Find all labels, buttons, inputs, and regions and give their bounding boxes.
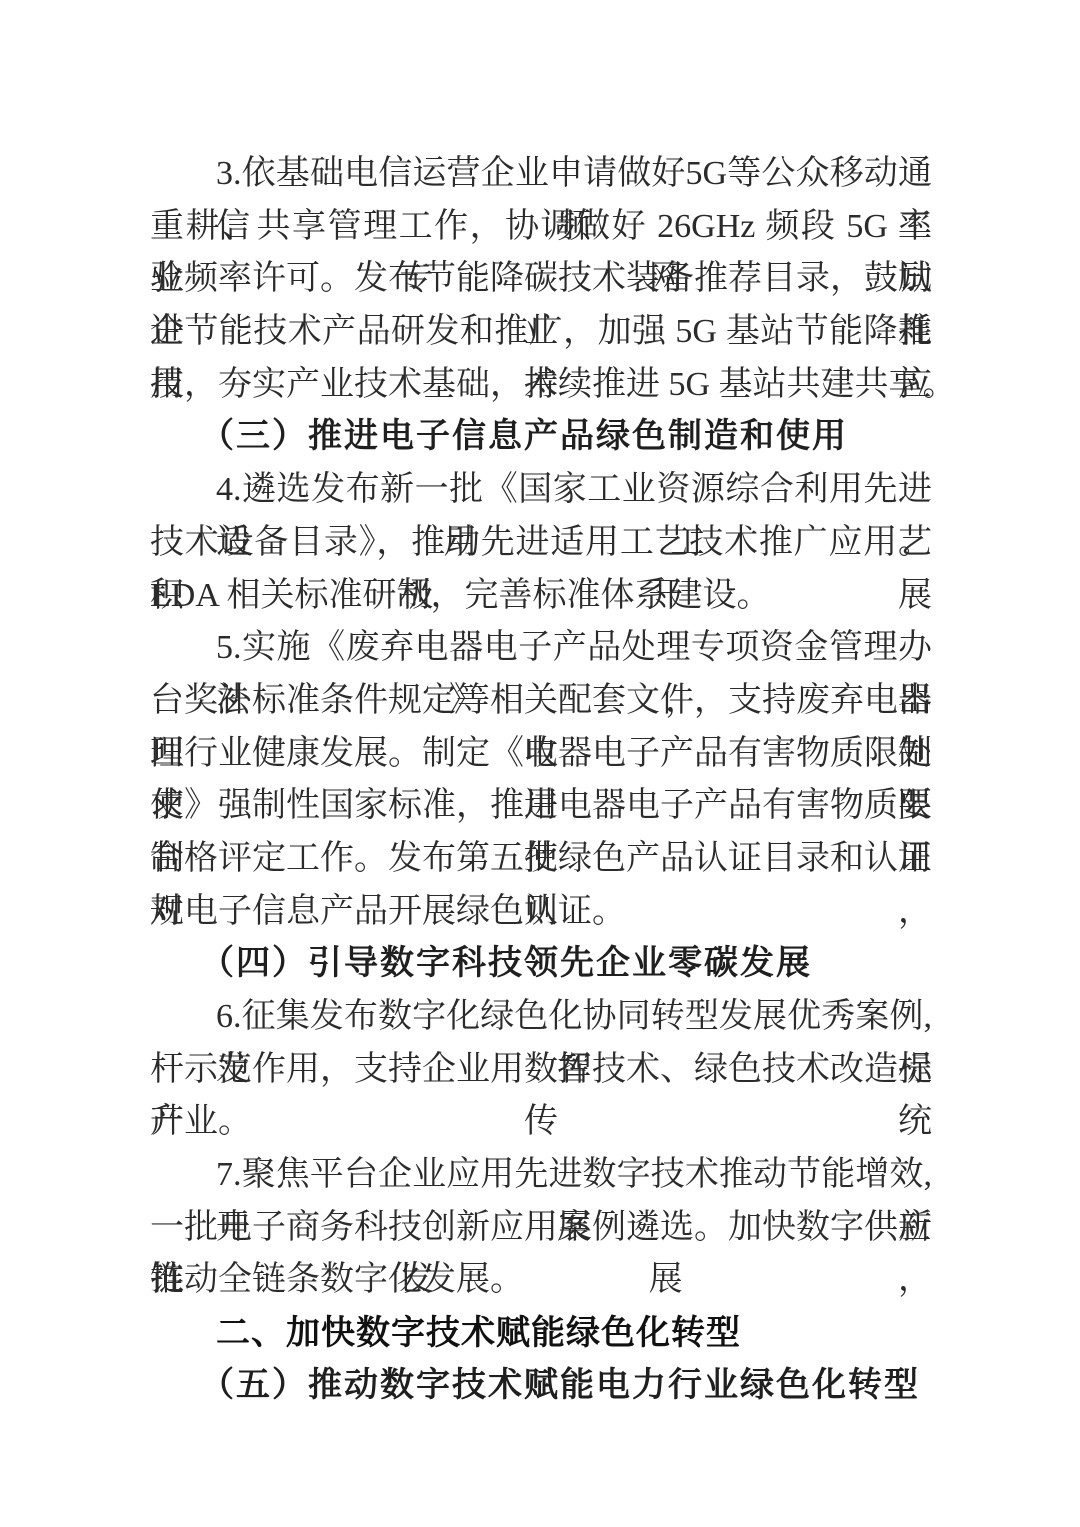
paragraph-line: 6.征集发布数字化绿色化协同转型发展优秀案例,发挥标 <box>150 991 932 1044</box>
paragraph-line: 用，夯实产业技术基础，持续推进 5G 基站共建共享。 <box>150 359 932 412</box>
paragraph-line: 7.聚焦平台企业应用先进数字技术推动节能增效,开展新 <box>150 1149 932 1202</box>
paragraph-line: 4.遴选发布新一批《国家工业资源综合利用先进适用工艺 <box>150 464 932 517</box>
paragraph-line: 杆示范作用，支持企业用数智技术、绿色技术改造提升传统 <box>150 1044 932 1097</box>
section-heading: （三）推进电子信息产品绿色制造和使用 <box>150 411 932 464</box>
chapter-heading: 二、加快数字技术赋能绿色化转型 <box>150 1307 932 1360</box>
paragraph-line: 验频率许可。发布节能降碳技术装备推荐目录，鼓励企业推 <box>150 253 932 306</box>
document-page: 3.依基础电信运营企业申请做好5G等公众移动通信频率 重耕、共享管理工作，协调做… <box>0 0 1080 1527</box>
document-body: 3.依基础电信运营企业申请做好5G等公众移动通信频率 重耕、共享管理工作，协调做… <box>150 148 932 1413</box>
paragraph-line: 求》强制性国家标准，推进电器电子产品有害物质限制使用 <box>150 780 932 833</box>
paragraph-line: 台奖补标准条件规定等相关配套文件，支持废弃电器回收处 <box>150 675 932 728</box>
paragraph-line: 重耕、共享管理工作，协调做好 26GHz 频段 5G 工业专网试 <box>150 201 932 254</box>
section-heading: （五）推动数字技术赋能电力行业绿色化转型 <box>150 1360 932 1413</box>
paragraph-line: 一批电子商务科技创新应用案例遴选。加快数字供应链发展， <box>150 1202 932 1255</box>
paragraph-line: 理行业健康发展。制定《电器电子产品有害物质限制使用要 <box>150 728 932 781</box>
paragraph-line: 进节能技术产品研发和推广，加强 5G 基站节能降耗技术应 <box>150 306 932 359</box>
paragraph-line: 5.实施《废弃电器电子产品处理专项资金管理办法》，出 <box>150 622 932 675</box>
paragraph-line: 合格评定工作。发布第五批绿色产品认证目录和认证规则， <box>150 833 932 886</box>
paragraph-line: 技术设备目录》，推动先进适用工艺技术推广应用。积极开展 <box>150 517 932 570</box>
section-heading: （四）引导数字科技领先企业零碳发展 <box>150 938 932 991</box>
paragraph-line: 3.依基础电信运营企业申请做好5G等公众移动通信频率 <box>150 148 932 201</box>
